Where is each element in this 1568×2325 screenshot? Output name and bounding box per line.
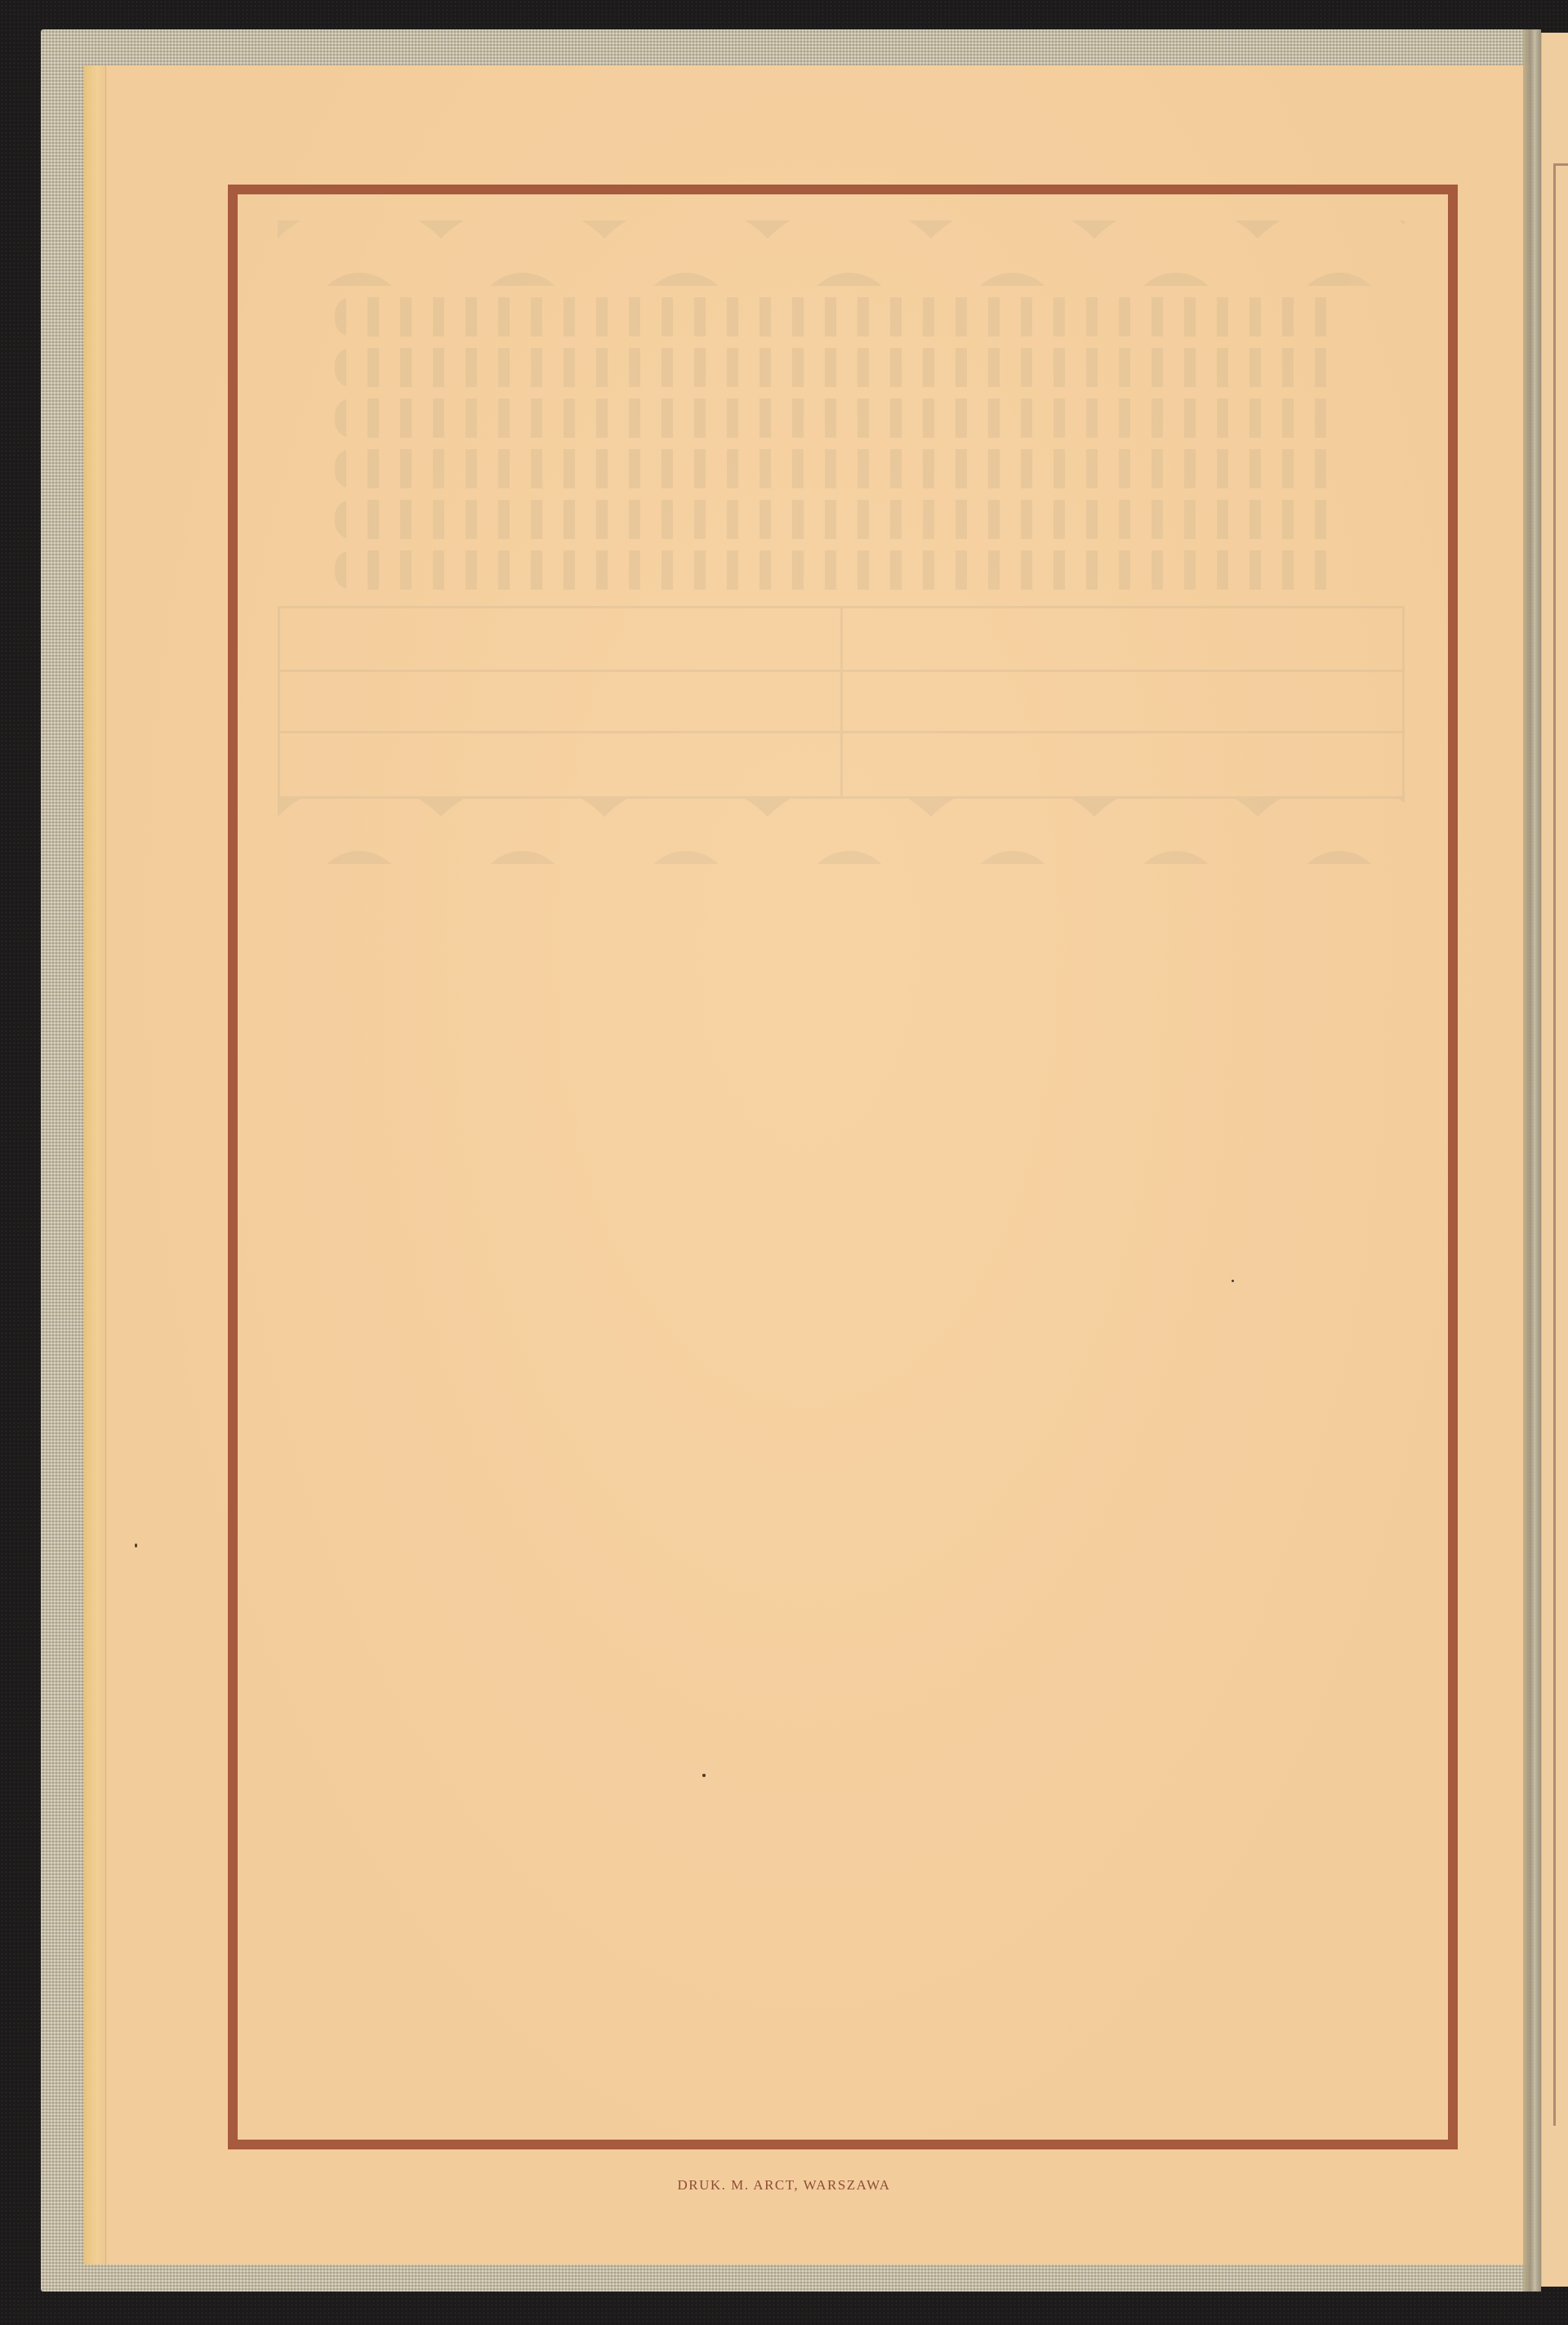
paper-speck (702, 1774, 706, 1777)
binding-spine (1523, 29, 1541, 2292)
paper-speck (135, 1543, 137, 1548)
facing-page-frame (1553, 163, 1568, 2126)
page-border-frame (228, 185, 1458, 2149)
printer-imprint: DRUK. M. ARCT, WARSZAWA (0, 2177, 1568, 2194)
paper-speck (1232, 1280, 1234, 1282)
page-gutter-edge (84, 65, 106, 2265)
